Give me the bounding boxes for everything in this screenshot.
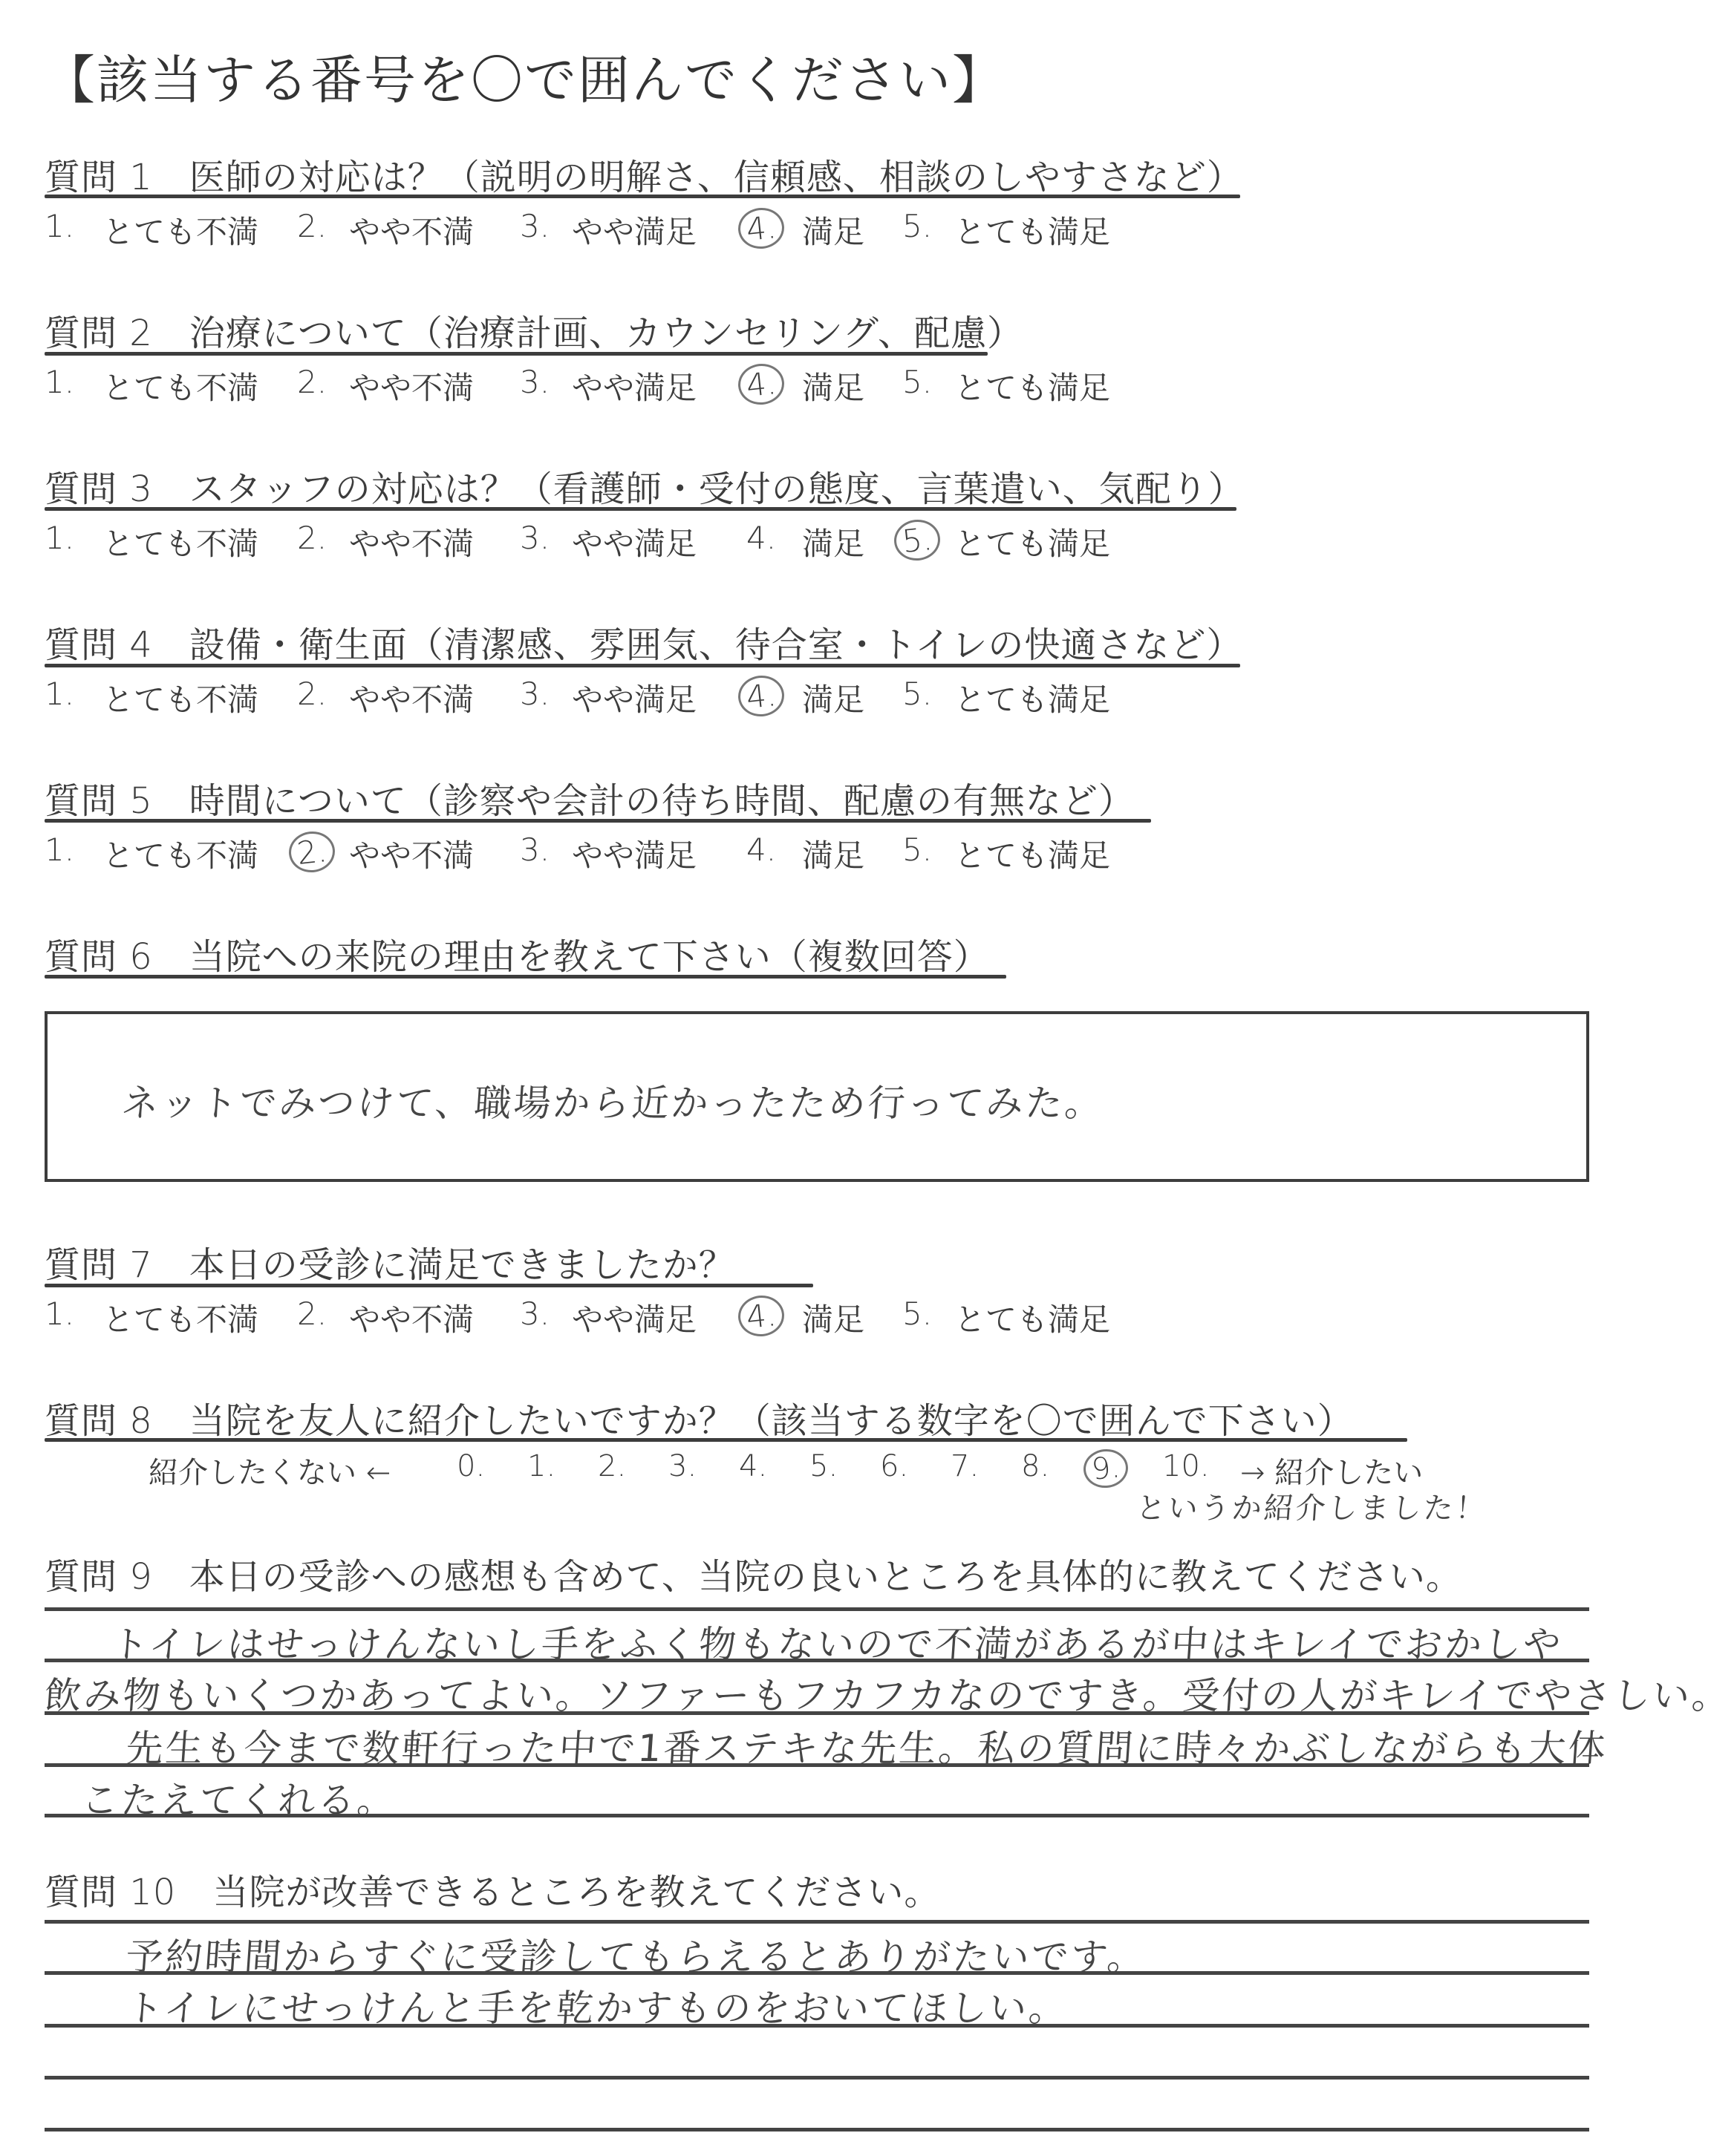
question-6-handwritten-answer: ネットでみつけて、職場から近かったため行ってみた。 bbox=[120, 1074, 1106, 1127]
option-2-number[interactable]: 2. bbox=[297, 364, 327, 400]
question-3-title: 質問 3 スタッフの対応は？（看護師・受付の態度、言葉遣い、気配り） bbox=[45, 460, 1245, 512]
option-3-number[interactable]: 3. bbox=[520, 832, 550, 868]
question-1-underline bbox=[45, 195, 1240, 198]
question-10-line-4 bbox=[45, 2076, 1589, 2080]
question-10-line-1 bbox=[45, 1920, 1589, 1924]
question-5-options: 1. とても不満 2. やや不満 3. やや満足 4. 満足 5. とても満足 bbox=[45, 832, 1233, 876]
option-2-number[interactable]: 2. bbox=[297, 208, 327, 244]
scale-0[interactable]: 0. bbox=[457, 1449, 485, 1483]
option-1-number[interactable]: 1. bbox=[45, 208, 74, 244]
question-7-title: 質問 7 本日の受診に満足できましたか？ bbox=[45, 1236, 735, 1287]
option-4-label: 満足 bbox=[802, 1296, 864, 1340]
scale-6[interactable]: 6. bbox=[880, 1449, 908, 1483]
option-3-number[interactable]: 3. bbox=[520, 520, 550, 556]
option-4-label: 満足 bbox=[802, 676, 864, 720]
option-3-label: やや満足 bbox=[572, 1296, 697, 1340]
option-4-number-circled[interactable]: 4. bbox=[736, 1293, 786, 1339]
option-2-number-circled[interactable]: 2. bbox=[287, 829, 336, 875]
question-9-line-4 bbox=[45, 1763, 1589, 1767]
option-2-number[interactable]: 2. bbox=[297, 676, 327, 712]
option-5-label: とても満足 bbox=[954, 364, 1110, 408]
option-1-label: とても不満 bbox=[102, 364, 258, 408]
question-5-title: 質問 5 時間について（診察や会計の待ち時間、配慮の有無など） bbox=[45, 772, 1135, 823]
question-4-options: 1. とても不満 2. やや不満 3. やや満足 4. 満足 5. とても満足 bbox=[45, 676, 1233, 720]
option-1-label: とても不満 bbox=[102, 520, 258, 564]
scale-4[interactable]: 4. bbox=[739, 1449, 767, 1483]
question-3-underline bbox=[45, 507, 1236, 511]
option-5-number[interactable]: 5. bbox=[902, 676, 932, 712]
option-5-number[interactable]: 5. bbox=[902, 1296, 932, 1332]
question-5-underline bbox=[45, 819, 1151, 823]
scale-8[interactable]: 8. bbox=[1021, 1449, 1049, 1483]
option-5-number[interactable]: 5. bbox=[902, 832, 932, 868]
option-4-number[interactable]: 4. bbox=[746, 520, 776, 556]
option-4-number-circled[interactable]: 4. bbox=[736, 362, 786, 407]
question-9-line-3 bbox=[45, 1711, 1589, 1715]
option-3-number[interactable]: 3. bbox=[520, 364, 550, 400]
option-5-label: とても満足 bbox=[954, 1296, 1110, 1340]
option-1-number[interactable]: 1. bbox=[45, 1296, 74, 1332]
question-2-options: 1. とても不満 2. やや不満 3. やや満足 4. 満足 5. とても満足 bbox=[45, 364, 1233, 408]
question-3-options: 1. とても不満 2. やや不満 3. やや満足 4. 満足 5. とても満足 bbox=[45, 520, 1233, 564]
option-2-label: やや不満 bbox=[349, 676, 474, 720]
question-10-line-3 bbox=[45, 2024, 1589, 2028]
option-5-label: とても満足 bbox=[954, 208, 1110, 252]
option-4-label: 満足 bbox=[802, 520, 864, 564]
question-4-underline bbox=[45, 664, 1240, 667]
question-10-line-2 bbox=[45, 1971, 1589, 1975]
option-1-label: とても不満 bbox=[102, 676, 258, 720]
scale-5[interactable]: 5. bbox=[809, 1449, 838, 1483]
question-6-underline bbox=[45, 975, 1006, 979]
option-5-number[interactable]: 5. bbox=[902, 364, 932, 400]
option-1-number[interactable]: 1. bbox=[45, 364, 74, 400]
option-1-label: とても不満 bbox=[102, 208, 258, 252]
scale-left-label: 紹介したくない ← bbox=[149, 1449, 391, 1492]
option-3-label: やや満足 bbox=[572, 208, 697, 252]
option-3-label: やや満足 bbox=[572, 832, 697, 876]
question-7-options: 1. とても不満 2. やや不満 3. やや満足 4. 満足 5. とても満足 bbox=[45, 1296, 1233, 1340]
question-8-underline bbox=[45, 1438, 1407, 1442]
scale-2[interactable]: 2. bbox=[598, 1449, 626, 1483]
question-1-options: 1. とても不満 2. やや不満 3. やや満足 4. 満足 5. とても満足 bbox=[45, 208, 1233, 252]
question-9-title: 質問 9 本日の受診への感想も含めて、当院の良いところを具体的に教えてください。 bbox=[45, 1548, 1462, 1599]
option-2-label: やや不満 bbox=[349, 520, 474, 564]
scale-3[interactable]: 3. bbox=[668, 1449, 697, 1483]
question-9-line-2 bbox=[45, 1659, 1589, 1662]
option-4-label: 満足 bbox=[802, 832, 864, 876]
scale-10[interactable]: 10. bbox=[1162, 1449, 1210, 1483]
option-4-label: 満足 bbox=[802, 208, 864, 252]
question-7-underline bbox=[45, 1284, 813, 1287]
option-5-number-circled[interactable]: 5. bbox=[892, 517, 942, 563]
option-3-number[interactable]: 3. bbox=[520, 208, 550, 244]
option-1-number[interactable]: 1. bbox=[45, 520, 74, 556]
question-1-title: 質問 1 医師の対応は？（説明の明解さ、信頼感、相談のしやすさなど） bbox=[45, 148, 1243, 200]
option-3-label: やや満足 bbox=[572, 364, 697, 408]
question-4-title: 質問 4 設備・衛生面（清潔感、雰囲気、待合室・トイレの快適さなど） bbox=[45, 616, 1242, 667]
question-9-line-1 bbox=[45, 1607, 1589, 1611]
question-6-answer-box[interactable]: ネットでみつけて、職場から近かったため行ってみた。 bbox=[45, 1011, 1589, 1182]
option-1-number[interactable]: 1. bbox=[45, 676, 74, 712]
option-2-label: やや不満 bbox=[349, 832, 474, 876]
option-5-label: とても満足 bbox=[954, 832, 1110, 876]
scale-1[interactable]: 1. bbox=[527, 1449, 555, 1483]
option-3-number[interactable]: 3. bbox=[520, 676, 550, 712]
option-2-label: やや不満 bbox=[349, 208, 474, 252]
option-4-number-circled[interactable]: 4. bbox=[736, 206, 786, 251]
option-2-label: やや不満 bbox=[349, 1296, 474, 1340]
option-1-label: とても不満 bbox=[102, 832, 258, 876]
option-2-number[interactable]: 2. bbox=[297, 520, 327, 556]
option-2-label: やや不満 bbox=[349, 364, 474, 408]
question-10-line-5 bbox=[45, 2128, 1589, 2131]
option-4-number[interactable]: 4. bbox=[746, 832, 776, 868]
option-3-label: やや満足 bbox=[572, 520, 697, 564]
question-8-handwritten-note: というか紹介しました！ bbox=[1135, 1485, 1489, 1527]
question-9-line-5 bbox=[45, 1814, 1589, 1817]
option-3-number[interactable]: 3. bbox=[520, 1296, 550, 1332]
page-title: 【該当する番号を〇で囲んでください】 bbox=[43, 39, 1006, 114]
option-5-label: とても満足 bbox=[954, 520, 1110, 564]
option-5-label: とても満足 bbox=[954, 676, 1110, 720]
question-6-title: 質問 6 当院への来院の理由を教えて下さい（複数回答） bbox=[45, 928, 990, 979]
option-1-label: とても不満 bbox=[102, 1296, 258, 1340]
option-5-number[interactable]: 5. bbox=[902, 208, 932, 244]
option-4-number-circled[interactable]: 4. bbox=[736, 673, 786, 719]
question-2-title: 質問 2 治療について（治療計画、カウンセリング、配慮） bbox=[45, 304, 1023, 356]
option-2-number[interactable]: 2. bbox=[297, 1296, 327, 1332]
option-4-label: 満足 bbox=[802, 364, 864, 408]
option-1-number[interactable]: 1. bbox=[45, 832, 74, 868]
option-3-label: やや満足 bbox=[572, 676, 697, 720]
scale-7[interactable]: 7. bbox=[951, 1449, 979, 1483]
scale-9-circled[interactable]: 9. bbox=[1081, 1447, 1130, 1490]
question-10-title: 質問 10 当院が改善できるところを教えてください。 bbox=[45, 1863, 940, 1915]
question-2-underline bbox=[45, 352, 988, 356]
question-8-title: 質問 8 当院を友人に紹介したいですか？（該当する数字を〇で囲んで下さい） bbox=[45, 1392, 1354, 1443]
